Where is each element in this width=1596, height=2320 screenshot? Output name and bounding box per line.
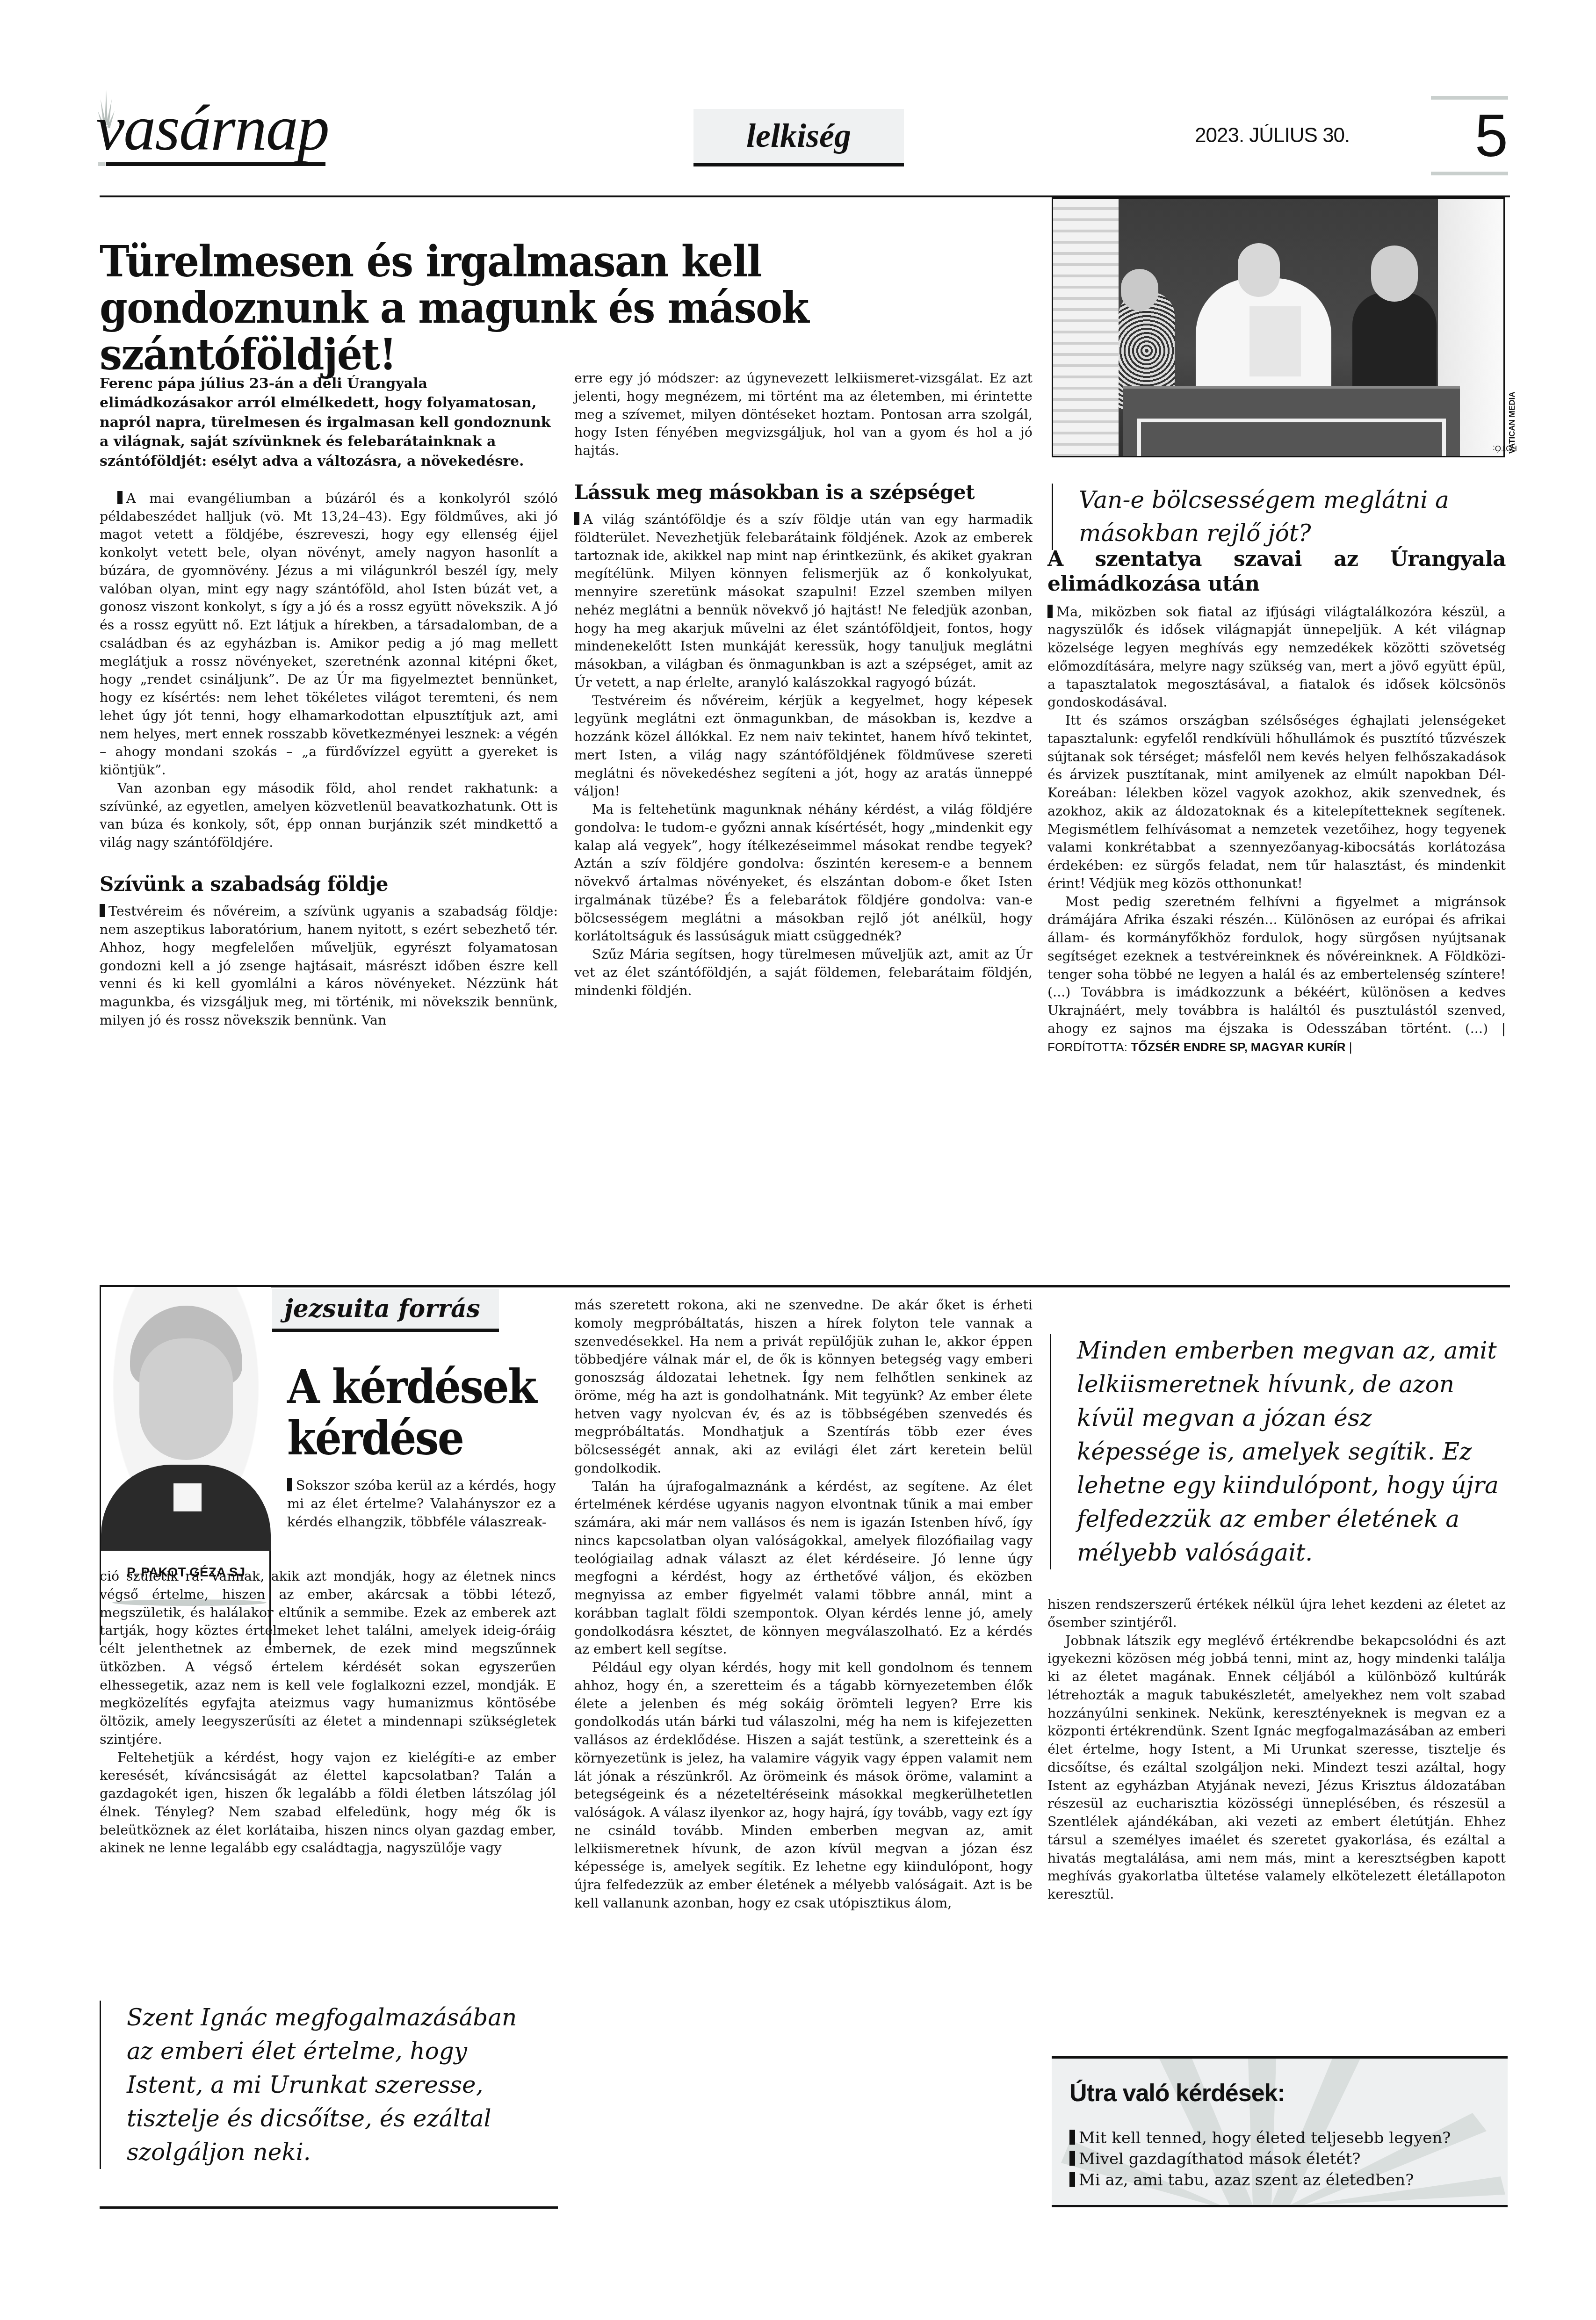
- paragraph: Talán ha újrafogalmaznánk a kérdést, az …: [574, 1478, 1033, 1659]
- article-lead: Ferenc pápa július 23-án a déli Úrangyal…: [100, 374, 558, 471]
- article-column-3: A szentatya szavai az Úrangyala elimádko…: [1047, 547, 1506, 1056]
- pull-quote-right: Minden emberben megvan az, amit lelkiism…: [1050, 1334, 1499, 1569]
- question-item: Mi az, ami tabu, azaz szent az életedben…: [1069, 2170, 1490, 2191]
- window-shutter: [1053, 199, 1119, 456]
- paragraph: Ma is feltehetünk magunknak néhány kérdé…: [574, 801, 1033, 946]
- paragraph: ció születik rá. Vannak, akik azt mondjá…: [100, 1568, 556, 1749]
- pull-quote: Van-e bölcsességem meglátni a másokban r…: [1052, 484, 1501, 550]
- bullet-marker-icon: [1069, 2151, 1075, 2166]
- paragraph: erre egy jó módszer: az úgynevezett lelk…: [574, 369, 1033, 460]
- paragraph-marker-icon: [1047, 605, 1053, 618]
- paragraph-marker-icon: [117, 491, 123, 504]
- paragraph: Testvéreim és nővéreim, kérjük a kegyelm…: [574, 692, 1033, 801]
- column-title: A kérdések kérdése: [287, 1361, 540, 1464]
- sidebar-heading: A szentatya szavai az Úrangyala elimádko…: [1047, 547, 1506, 597]
- clerical-collar: [173, 1483, 202, 1511]
- paragraph: Feltehetjük a kérdést, hogy vajon ez kie…: [100, 1749, 556, 1858]
- pope-photo: [1052, 197, 1505, 457]
- column-tag: jezsuita forrás: [272, 1289, 499, 1332]
- subheading: Lássuk meg másokban is a szépséget: [574, 481, 1033, 504]
- questions-box: Útra való kérdések: Mit kell tenned, hog…: [1052, 2056, 1508, 2207]
- bottom-rule: [100, 2206, 558, 2209]
- logo-underline-accent: [98, 162, 105, 166]
- paragraph: Jobbnak látszik egy meglévő értékrendbe …: [1047, 1632, 1506, 1904]
- page-number: 5: [1431, 96, 1508, 175]
- article-headline: Türelmesen és irgalmasan kell gondoznunk…: [100, 239, 969, 378]
- article-column-2: erre egy jó módszer: az úgynevezett lelk…: [574, 369, 1033, 1000]
- question-item: Mit kell tenned, hogy életed teljesebb l…: [1069, 2128, 1490, 2149]
- bullet-marker-icon: [1069, 2172, 1075, 2187]
- paragraph: Szűz Mária segítsen, hogy türelmesen műv…: [574, 946, 1033, 1000]
- subheading: Szívünk a szabadság földje: [100, 873, 558, 896]
- section-tag: lelkiség: [693, 109, 904, 166]
- paragraph: Testvéreim és nővéreim, a szívünk ugyani…: [100, 903, 558, 1029]
- masthead-logo: vasárnap: [96, 96, 329, 160]
- paragraph: A világ szántóföldje és a szív földje ut…: [574, 511, 1033, 692]
- paragraph: Sokszor szóba kerül az a kérdés, hogy mi…: [287, 1477, 556, 1531]
- paragraph: Itt és számos országban szélsőséges égha…: [1047, 712, 1506, 893]
- paragraph: A mai evangéliumban a búzáról és a konko…: [100, 490, 558, 780]
- article-column-1: Ferenc pápa július 23-án a déli Úrangyal…: [100, 374, 558, 1030]
- paragraph: hiszen rendszerszerű értékek nélkül újra…: [1047, 1596, 1506, 1632]
- photo-credit: FOTÓ: VATICAN MEDIA: [1507, 309, 1518, 454]
- paragraph: más szeretett rokona, aki ne szenvedne. …: [574, 1296, 1033, 1478]
- paragraph-marker-icon: [100, 904, 105, 917]
- questions-title: Útra való kérdések:: [1069, 2079, 1490, 2107]
- column-body-3: hiszen rendszerszerű értékek nélkül újra…: [1047, 1596, 1506, 1904]
- section-tag-label: lelkiség: [746, 116, 851, 155]
- column-tag-label: jezsuita forrás: [284, 1294, 480, 1323]
- author-portrait: [101, 1287, 271, 1551]
- questions-list: Mit kell tenned, hogy életed teljesebb l…: [1069, 2128, 1490, 2191]
- bullet-marker-icon: [1069, 2130, 1075, 2145]
- paragraph: Van azonban egy második föld, ahol rende…: [100, 780, 558, 852]
- logo-underline: [106, 162, 325, 166]
- translator-credit: FORDÍTOTTA: TŐZSÉR ENDRE SP, MAGYAR KURÍ…: [1047, 1040, 1352, 1054]
- question-item: Mivel gazdagíthatod mások életét?: [1069, 2149, 1490, 2170]
- column-body-1: ció születik rá. Vannak, akik azt mondjá…: [100, 1568, 556, 1857]
- column-body-2: más szeretett rokona, aki ne szenvedne. …: [574, 1296, 1033, 1913]
- pull-quote-left: Szent Ignác megfogalmazásában az emberi …: [100, 2001, 549, 2169]
- paragraph: Ma, miközben sok fiatal az ifjúsági vilá…: [1047, 603, 1506, 712]
- paragraph-marker-icon: [574, 512, 579, 525]
- paragraph: Most pedig szeretném felhívni a figyelme…: [1047, 893, 1506, 1056]
- issue-date: 2023. JÚLIUS 30.: [1195, 124, 1350, 147]
- section-divider: [100, 1285, 1510, 1287]
- paragraph: Például egy olyan kérdés, hogy mit kell …: [574, 1659, 1033, 1913]
- column-intro: Sokszor szóba kerül az a kérdés, hogy mi…: [287, 1477, 556, 1531]
- paragraph-marker-icon: [287, 1478, 292, 1491]
